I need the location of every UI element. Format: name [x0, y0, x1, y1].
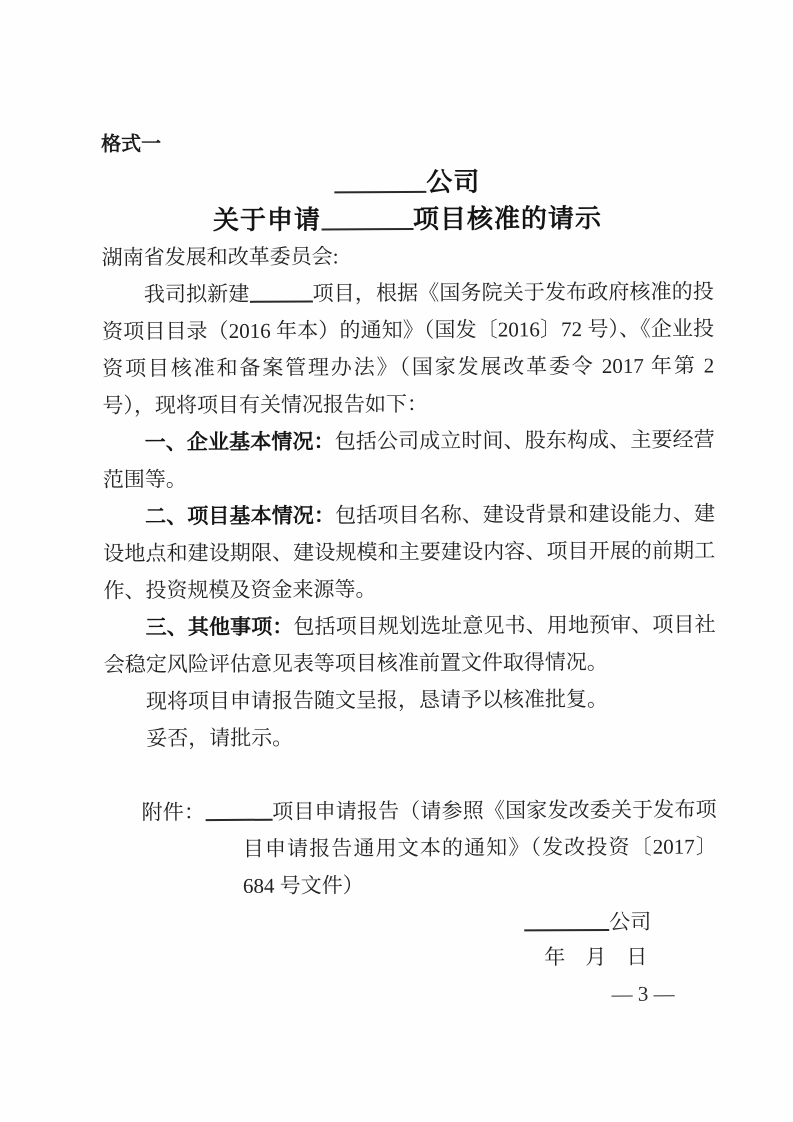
- page-number: — 3 —: [105, 976, 717, 1014]
- paragraph-closing-1: 现将项目申请报告随文呈报，恳请予以核准批复。: [104, 680, 716, 720]
- signature-company-text: 公司: [609, 910, 651, 934]
- section-1-heading: 一、企业基本情况：: [145, 429, 335, 454]
- section-2-heading: 二、项目基本情况：: [145, 503, 335, 528]
- blank-underline: [205, 816, 272, 821]
- date-month-label: 月: [585, 945, 606, 969]
- signature-date-line: 年月日: [105, 939, 717, 977]
- format-label: 格式一: [101, 128, 713, 157]
- title-line-subject: 关于申请项目核准的请示: [101, 199, 713, 239]
- blank-underline: [321, 225, 413, 230]
- signature-company-line: 公司: [105, 904, 717, 942]
- document-body: 湖南省发展和改革委员会: 我司拟新建项目，根据《国务院关于发布政府核准的投资项目…: [102, 236, 718, 1014]
- document-title: 公司 关于申请项目核准的请示: [101, 162, 713, 239]
- paragraph-intro: 我司拟新建项目，根据《国务院关于发布政府核准的投资项目目录（2016 年本）的通…: [102, 273, 715, 424]
- blank-underline: [334, 188, 426, 193]
- section-3-heading: 三、其他事项：: [146, 615, 294, 640]
- blank-underline: [524, 926, 609, 931]
- title-line-company: 公司: [101, 162, 713, 202]
- attachment-text: 项目申请报告（请参照《国家发改委关于发布项目申请报告通用文本的通知》（发改投资〔…: [243, 797, 717, 897]
- paragraph-section-3: 三、其他事项：包括项目规划选址意见书、用地预审、项目社会稳定风险评估意见表等项目…: [104, 606, 716, 683]
- date-day-label: 日: [626, 945, 647, 969]
- title-subject-pre: 关于申请: [213, 205, 321, 235]
- intro-pre-text: 我司拟新建: [144, 282, 250, 307]
- attachment-block: 附件：项目申请报告（请参照《国家发改委关于发布项目申请报告通用文本的通知》（发改…: [105, 791, 718, 905]
- paragraph-closing-2: 妥否，请批示。: [104, 717, 716, 757]
- paragraph-section-1: 一、企业基本情况：包括公司成立时间、股东构成、主要经营范围等。: [103, 421, 715, 498]
- date-year-label: 年: [544, 945, 565, 969]
- attachment-label: 附件：: [142, 800, 206, 824]
- title-subject-post: 项目核准的请示: [413, 204, 602, 234]
- salutation: 湖南省发展和改革委员会:: [102, 236, 714, 276]
- document-content: 格式一 公司 关于申请项目核准的请示 湖南省发展和改革委员会: 我司拟新建项目，…: [100, 0, 717, 1015]
- scanned-document-page: 格式一 公司 关于申请项目核准的请示 湖南省发展和改革委员会: 我司拟新建项目，…: [0, 0, 793, 1122]
- title-company-text: 公司: [426, 168, 480, 197]
- blank-underline: [250, 298, 313, 303]
- paragraph-section-2: 二、项目基本情况：包括项目名称、建设背景和建设能力、建设地点和建设期限、建设规模…: [103, 495, 716, 609]
